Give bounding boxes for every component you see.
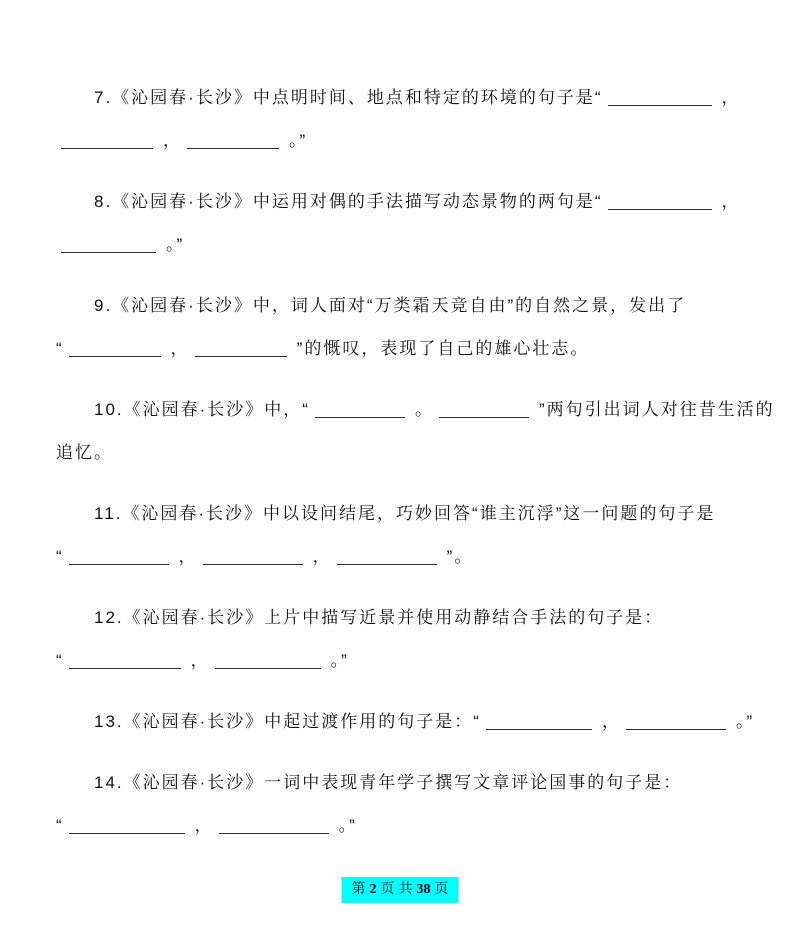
question-14-line-2: “，。” xyxy=(56,804,744,847)
question-14-line-1: 14.《沁园春·长沙》一词中表现青年学子撰写文章评论国事的句子是： xyxy=(56,761,744,804)
questions-container: 7.《沁园春·长沙》中点明时间、地点和特定的环境的句子是“，，。”8.《沁园春·… xyxy=(0,0,800,847)
answer-blank[interactable] xyxy=(215,654,321,669)
footer-total-pages: 38 xyxy=(417,882,431,897)
question-11: 11.《沁园春·长沙》中以设问结尾，巧妙回答“谁主沉浮”这一问题的句子是“，，”… xyxy=(56,492,744,578)
question-11-line-1: 11.《沁园春·长沙》中以设问结尾，巧妙回答“谁主沉浮”这一问题的句子是 xyxy=(56,492,744,535)
question-text: 。” xyxy=(736,712,754,731)
question-text: ， xyxy=(602,712,621,731)
question-12-line-1: 12.《沁园春·长沙》上片中描写近景并使用动静结合手法的句子是： xyxy=(56,596,744,639)
answer-blank[interactable] xyxy=(608,91,712,106)
question-text: 10.《沁园春·长沙》中，“ xyxy=(94,400,310,419)
question-9-line-2: “，”的慨叹，表现了自己的雄心壮志。 xyxy=(56,327,744,370)
question-9: 9.《沁园春·长沙》中，词人面对“万类霜天竞自由”的自然之景，发出了“，”的慨叹… xyxy=(56,284,744,370)
footer-page-number: 2 xyxy=(370,882,377,897)
question-text: 7.《沁园春·长沙》中点明时间、地点和特定的环境的句子是“ xyxy=(94,88,603,107)
question-text: 9.《沁园春·长沙》中，词人面对“万类霜天竞自由”的自然之景，发出了 xyxy=(94,296,686,315)
footer-label-ye: 页 xyxy=(381,882,395,897)
answer-blank[interactable] xyxy=(608,195,712,210)
answer-blank[interactable] xyxy=(61,238,156,253)
answer-blank[interactable] xyxy=(315,403,405,418)
question-text: “ xyxy=(56,651,64,670)
answer-blank[interactable] xyxy=(69,819,185,834)
question-text: ， xyxy=(179,547,198,566)
question-11-line-2: “，，”。 xyxy=(56,535,744,578)
question-text: ”的慨叹，表现了自己的雄心壮志。 xyxy=(297,339,590,358)
answer-blank[interactable] xyxy=(203,550,303,565)
question-8: 8.《沁园春·长沙》中运用对偶的手法描写动态景物的两句是“，。” xyxy=(56,180,744,266)
question-text: ， xyxy=(191,651,210,670)
question-text: 12.《沁园春·长沙》上片中描写近景并使用动静结合手法的句子是： xyxy=(94,608,663,627)
question-text: 。 xyxy=(415,400,434,419)
question-text: 。” xyxy=(331,651,349,670)
question-text: 8.《沁园春·长沙》中运用对偶的手法描写动态景物的两句是“ xyxy=(94,192,603,211)
answer-blank[interactable] xyxy=(626,715,726,730)
question-text: ， xyxy=(722,192,741,211)
question-13-line-1: 13.《沁园春·长沙》中起过渡作用的句子是：“，。” xyxy=(56,700,744,743)
question-text: “ xyxy=(56,339,64,358)
answer-blank[interactable] xyxy=(195,342,287,357)
question-text: ， xyxy=(722,88,741,107)
question-7: 7.《沁园春·长沙》中点明时间、地点和特定的环境的句子是“，，。” xyxy=(56,76,744,162)
question-text: ， xyxy=(195,816,214,835)
question-text: 。” xyxy=(339,816,357,835)
question-text: ， xyxy=(171,339,190,358)
footer-label-ye2: 页 xyxy=(435,882,449,897)
answer-blank[interactable] xyxy=(219,819,329,834)
footer-label-gong: 共 xyxy=(399,882,413,897)
question-text: 13.《沁园春·长沙》中起过渡作用的句子是：“ xyxy=(94,712,481,731)
question-text: “ xyxy=(56,816,64,835)
question-text: “ xyxy=(56,547,64,566)
question-8-line-2: 。” xyxy=(56,223,744,266)
answer-blank[interactable] xyxy=(439,403,529,418)
question-7-line-1: 7.《沁园春·长沙》中点明时间、地点和特定的环境的句子是“， xyxy=(56,76,744,119)
question-text: ”。 xyxy=(447,547,474,566)
answer-blank[interactable] xyxy=(61,134,153,149)
answer-blank[interactable] xyxy=(69,654,181,669)
answer-blank[interactable] xyxy=(187,134,279,149)
question-text: 。” xyxy=(289,131,307,150)
question-7-line-2: ，。” xyxy=(56,119,744,162)
question-12: 12.《沁园春·长沙》上片中描写近景并使用动静结合手法的句子是：“，。” xyxy=(56,596,744,682)
question-text: 11.《沁园春·长沙》中以设问结尾，巧妙回答“谁主沉浮”这一问题的句子是 xyxy=(94,504,715,523)
question-text: 追忆。 xyxy=(56,443,113,462)
answer-blank[interactable] xyxy=(69,342,161,357)
question-text: ， xyxy=(163,131,182,150)
question-10: 10.《沁园春·长沙》中，“。”两句引出词人对往昔生活的追忆。 xyxy=(56,388,744,474)
answer-blank[interactable] xyxy=(337,550,437,565)
question-12-line-2: “，。” xyxy=(56,639,744,682)
question-text: ， xyxy=(313,547,332,566)
footer-label-di: 第 xyxy=(352,882,366,897)
question-text: 。” xyxy=(166,235,184,254)
page-footer: 第2页共38页 xyxy=(342,877,459,903)
question-10-line-1: 10.《沁园春·长沙》中，“。”两句引出词人对往昔生活的 xyxy=(56,388,744,431)
question-text: ”两句引出词人对往昔生活的 xyxy=(539,400,775,419)
question-13: 13.《沁园春·长沙》中起过渡作用的句子是：“，。” xyxy=(56,700,744,743)
answer-blank[interactable] xyxy=(69,550,169,565)
document-page: 7.《沁园春·长沙》中点明时间、地点和特定的环境的句子是“，，。”8.《沁园春·… xyxy=(0,0,800,950)
question-14: 14.《沁园春·长沙》一词中表现青年学子撰写文章评论国事的句子是：“，。” xyxy=(56,761,744,847)
answer-blank[interactable] xyxy=(486,715,592,730)
question-text: 14.《沁园春·长沙》一词中表现青年学子撰写文章评论国事的句子是： xyxy=(94,773,682,792)
question-9-line-1: 9.《沁园春·长沙》中，词人面对“万类霜天竞自由”的自然之景，发出了 xyxy=(56,284,744,327)
question-10-line-2: 追忆。 xyxy=(56,431,744,474)
question-8-line-1: 8.《沁园春·长沙》中运用对偶的手法描写动态景物的两句是“， xyxy=(56,180,744,223)
